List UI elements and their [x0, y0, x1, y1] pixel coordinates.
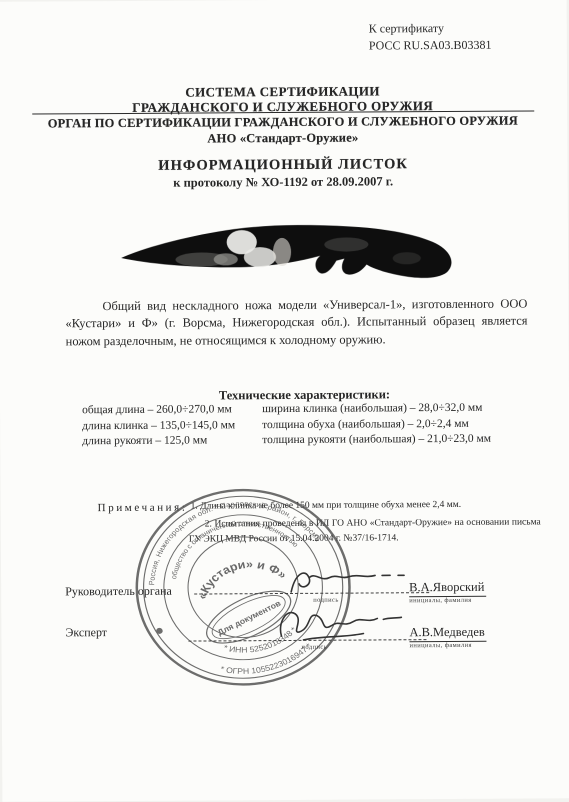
spec-blade-length: длина клинка – 135,0÷145,0 мм — [82, 418, 235, 435]
cert-ref-label: К сертификату — [369, 20, 492, 37]
description-paragraph: Общий вид нескладного ножа модели «Униве… — [65, 296, 527, 351]
doc-title: ИНФОРМАЦИОННЫЙ ЛИСТОК — [0, 155, 568, 175]
specs-column-left: общая длина – 260,0÷270,0 мм длина клинк… — [82, 402, 235, 450]
signer-role-expert: Эксперт — [65, 625, 107, 640]
signature-scrawl-head — [285, 565, 415, 600]
name-caption-head: инициалы, фамилия — [409, 597, 471, 604]
name-caption-expert: инициалы, фамилия — [409, 642, 471, 649]
cert-reference: К сертификату РОСС RU.SA03.B03381 — [369, 20, 492, 54]
stamp-dot — [155, 627, 163, 634]
spec-handle-length: длина рукояти – 125,0 мм — [82, 433, 235, 450]
org-title-line2: АНО «Стандарт-Оружие» — [0, 129, 567, 147]
spec-spine-thickness: толщина обуха (наибольшая) – 2,0÷2,4 мм — [262, 416, 491, 433]
spec-total-length: общая длина – 260,0÷270,0 мм — [82, 402, 235, 419]
signature-caption-head: подпись — [313, 597, 339, 604]
signer-name-expert: А.В.Медведев — [409, 625, 486, 642]
signature-caption-expert: подпись — [301, 644, 327, 651]
spec-blade-width: ширина клинка (наибольшая) – 28,0÷32,0 м… — [262, 401, 491, 418]
signer-name-head: В.А.Яворский — [409, 580, 486, 597]
spec-handle-thickness: толщина рукояти (наибольшая) – 21,0÷23,0… — [262, 432, 491, 449]
knife-photo — [113, 217, 471, 297]
doc-subtitle: к протоколу № ХО-1192 от 28.09.2007 г. — [0, 173, 568, 191]
signature-scrawl-expert — [273, 605, 413, 646]
cert-ref-number: РОСС RU.SA03.B03381 — [369, 36, 492, 53]
scanned-document-page: К сертификату РОСС RU.SA03.B03381 СИСТЕМ… — [0, 0, 569, 800]
specs-column-right: ширина клинка (наибольшая) – 28,0÷32,0 м… — [262, 401, 491, 449]
signer-role-head: Руководитель органа — [65, 584, 172, 600]
